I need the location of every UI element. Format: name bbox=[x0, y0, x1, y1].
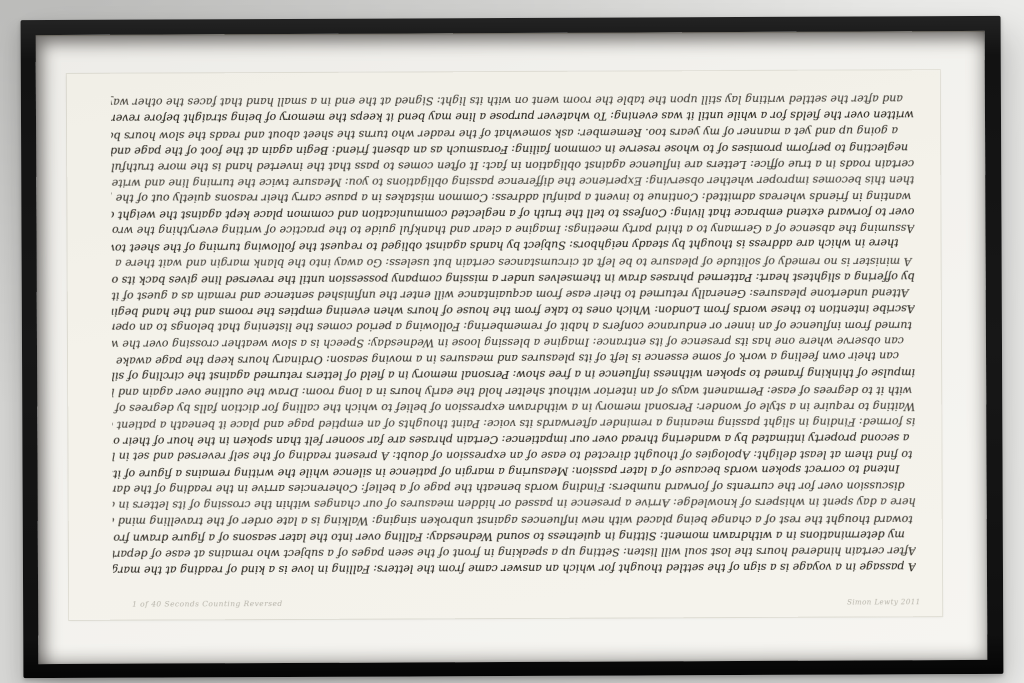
inverted-handwriting-block: A passage in a voyage is a sign of the s… bbox=[111, 90, 916, 577]
pencil-title-inscription: 1 of 40 Seconds Counting Reversed bbox=[132, 599, 283, 609]
script-line: to find them at least delight: Apologies… bbox=[112, 446, 915, 464]
script-line: toward thought the rest of a change bein… bbox=[113, 511, 916, 529]
script-line: A minister is no remedy of solitude of p… bbox=[112, 253, 915, 271]
picture-frame: A passage in a voyage is a sign of the s… bbox=[21, 16, 1004, 678]
artwork-paper-sheet: A passage in a voyage is a sign of the s… bbox=[67, 70, 942, 620]
script-line: wanting in friends whereas admitted: Con… bbox=[111, 188, 914, 206]
pencil-signature: Simon Lewty 2011 bbox=[847, 598, 920, 607]
script-line: Assuming the absence of a Germany to a t… bbox=[111, 220, 914, 238]
script-line: turned from influence of an inner or end… bbox=[112, 317, 915, 335]
script-line: with it to degrees of ease: Permanent wa… bbox=[112, 382, 915, 400]
script-line: Waiting to require in a style of wonder:… bbox=[112, 398, 915, 416]
frame-mat-opening: A passage in a voyage is a sign of the s… bbox=[36, 31, 988, 664]
